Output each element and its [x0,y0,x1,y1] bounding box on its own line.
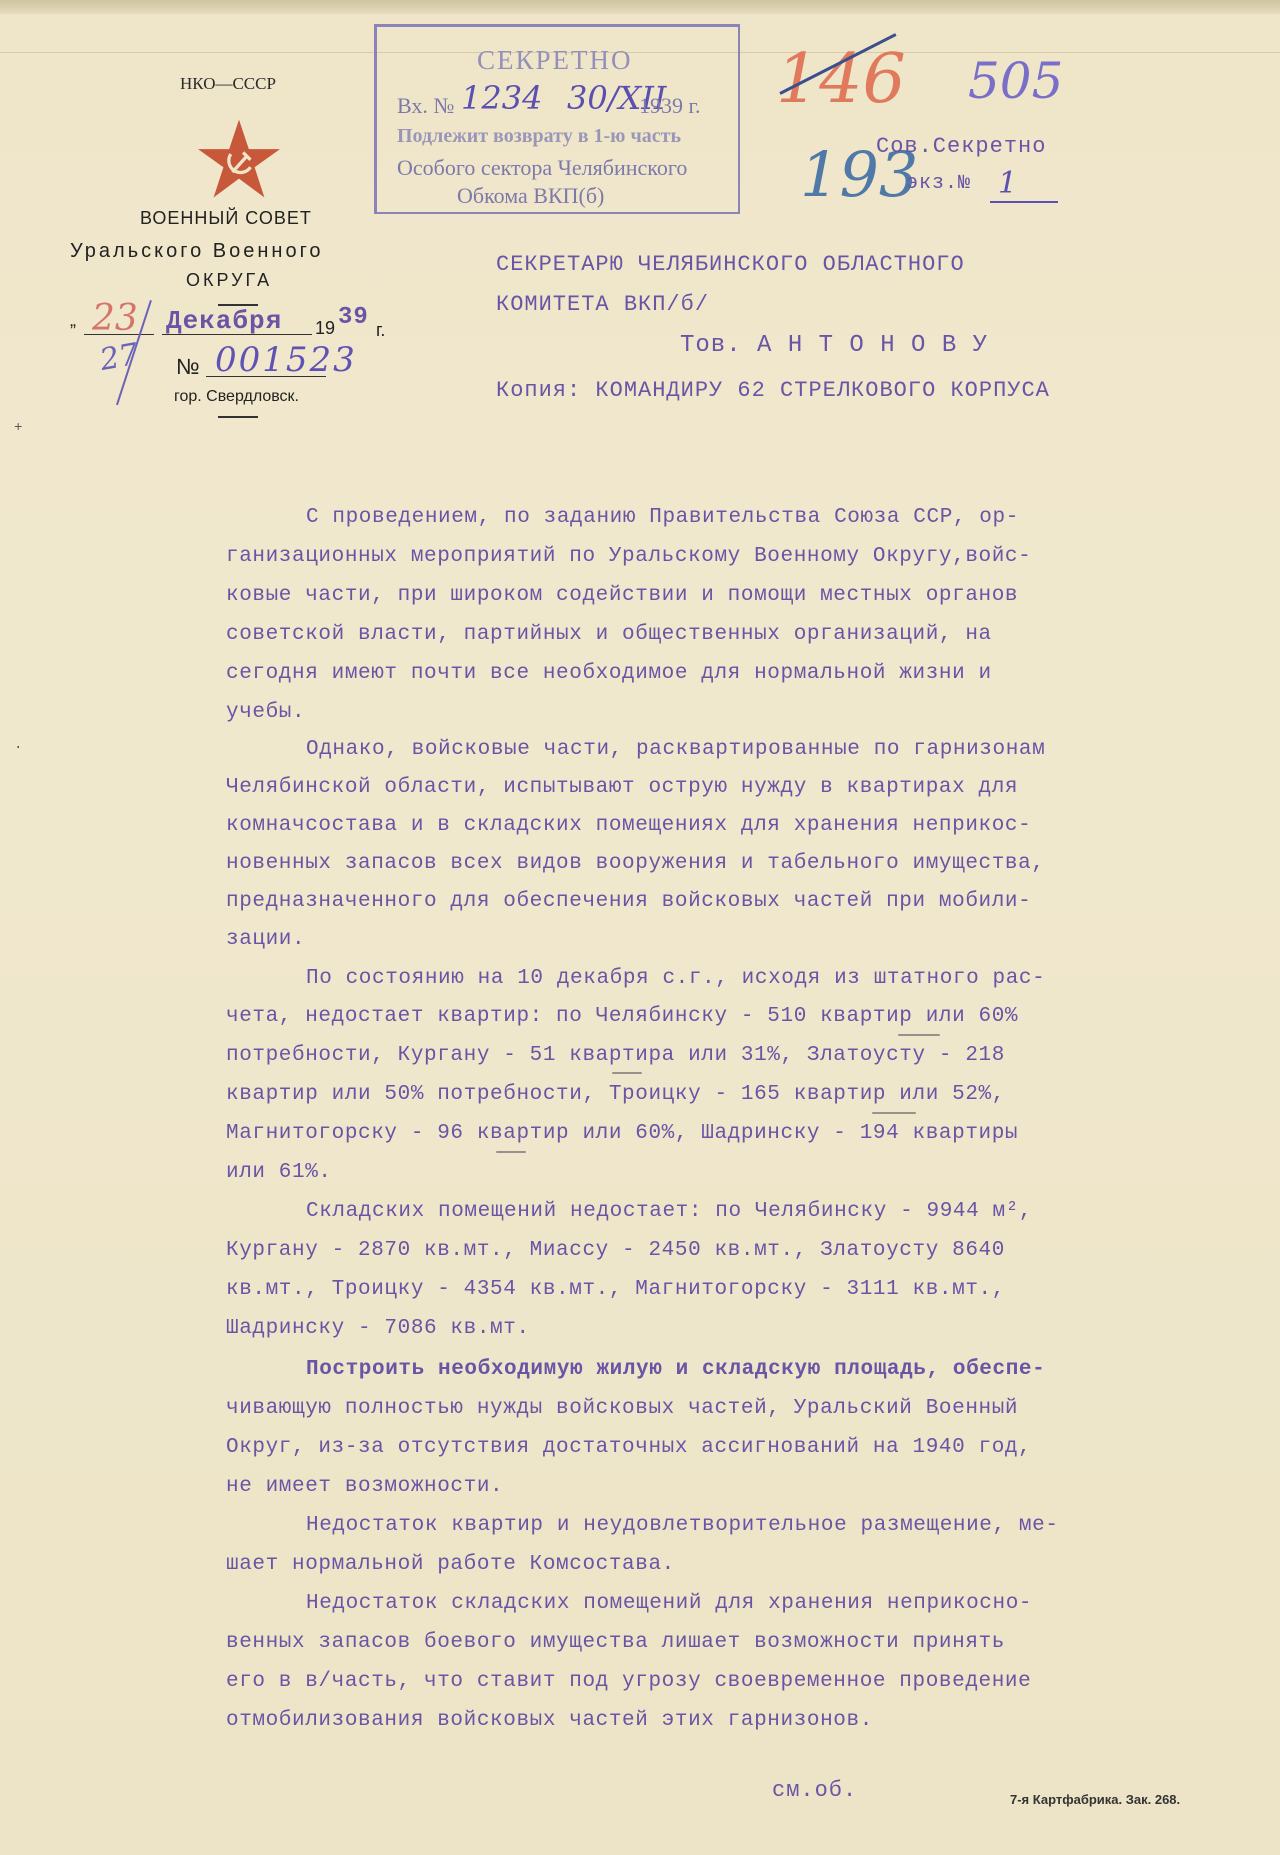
date-month: Декабря [166,306,282,336]
letterhead-district-line1: Уральского Военного [70,240,324,263]
binding-mark: + [14,420,22,436]
copy-number-label: экз.№ [906,172,971,195]
violet-ink-mark: 505 [968,52,1063,110]
page-top-edge [0,0,1280,14]
copy-number-line [990,201,1058,203]
addressee-copy: Копия: КОМАНДИРУ 62 СТРЕЛКОВОГО КОРПУСА [496,378,1050,403]
printer-imprint: 7-я Картфабрика. Зак. 268. [1010,1792,1180,1807]
stamp-incoming-label: Вх. № [397,93,454,119]
addressee-line2: КОМИТЕТА ВКП/б/ [496,292,709,317]
body-line: Шадринску - 7086 кв.мт. [226,1317,530,1340]
secret-registration-stamp: СЕКРЕТНО Вх. № 1234 30/XII 1939 г. Подле… [374,24,740,214]
pencil-underline [872,1112,916,1114]
stamp-sector: Особого сектора Челябинского [397,155,687,181]
stamp-committee: Обкома ВКП(б) [457,183,604,209]
body-line: учебы. [226,701,305,724]
date-open-quote: „ [70,310,76,331]
number-label: № [176,354,200,380]
body-line: новенных запасов всех видов вооружения и… [226,852,1045,875]
stamp-year: 1939 г. [639,93,701,119]
stamp-title: СЕКРЕТНО [477,45,633,76]
body-line: Кургану - 2870 кв.мт., Миассу - 2450 кв.… [226,1239,1005,1262]
body-line: шает нормальной работе Комсостава. [226,1553,675,1576]
outgoing-number-handwritten: 001523 [215,340,357,380]
body-line: его в в/часть, что ставит под угрозу сво… [226,1670,1031,1693]
body-line: Складских помещений недостает: по Челяби… [306,1200,1032,1223]
stamp-incoming-number: 1234 [461,79,542,117]
body-line: комначсостава и в складских помещениях д… [226,814,1031,837]
body-line: чета, недостает квартир: по Челябинску -… [226,1005,1018,1028]
letterhead-separator-bottom [218,416,258,418]
turn-over-note: см.об. [772,1778,857,1803]
body-line: или 61%. [226,1161,332,1184]
body-line: Однако, войсковые части, расквартированн… [306,738,1045,761]
body-line: не имеет возможности. [226,1475,503,1498]
body-line: венных запасов боевого имущества лишает … [226,1631,1005,1654]
margin-handwritten-number: 27 [97,337,141,378]
date-day-handwritten: 23 [92,298,138,339]
body-line: По состоянию на 10 декабря с.г., исходя … [306,967,1045,990]
body-line: С проведением, по заданию Правительства … [306,506,1019,529]
body-line: Округ, из-за отсутствия достаточных асси… [226,1436,1031,1459]
letterhead-date: „ 23 Декабря 19 39 г. [70,304,410,340]
date-month-line [162,334,312,335]
body-line: кв.мт., Троицку - 4354 кв.мт., Магнитого… [226,1278,1005,1301]
date-year-suffix: г. [376,320,385,341]
red-pencil-mark: 146 [776,40,906,119]
body-line: ковые части, при широком содействии и по… [226,584,1018,607]
body-line: Построить необходимую жилую и складскую … [306,1358,1045,1381]
body-line: Недостаток квартир и неудовлетворительно… [306,1514,1059,1537]
body-line: потребности, Кургану - 51 квартира или 3… [226,1044,1005,1067]
body-line: предназначенного для обеспечения войсков… [226,890,1031,913]
body-line: чивающую полностью нужды войсковых часте… [226,1397,1018,1420]
letterhead-council: ВОЕННЫЙ СОВЕТ [140,208,312,229]
pencil-underline [496,1151,526,1153]
addressee-name: Тов. А Н Т О Н О В У [680,332,988,359]
binding-mark: · [14,740,22,756]
body-line: квартир или 50% потребности, Троицку - 1… [226,1083,1005,1106]
pencil-underline [898,1034,940,1036]
copy-number-value: 1 [998,166,1017,201]
classification-label: Сов.Секретно [876,134,1046,159]
document-page: НКО—СССР ВОЕННЫЙ СОВЕТ Уральского Военно… [0,0,1280,1855]
body-line: Магнитогорску - 96 квартир или 60%, Шадр… [226,1122,1018,1145]
pencil-underline [612,1072,642,1074]
body-line: зации. [226,928,305,951]
date-year: 39 [338,304,369,331]
addressee-line1: СЕКРЕТАРЮ ЧЕЛЯБИНСКОГО ОБЛАСТНОГО [496,252,965,277]
body-line: отмобилизования войсковых частей этих га… [226,1709,873,1732]
letterhead-org: НКО—СССР [180,74,276,94]
body-line: сегодня имеют почти все необходимое для … [226,662,992,685]
letterhead-city: гор. Свердловск. [174,388,299,406]
body-line: Недостаток складских помещений для хране… [306,1592,1032,1615]
stamp-return-note: Подлежит возврату в 1-ю часть [397,125,681,148]
body-line: советской власти, партийных и общественн… [226,623,992,646]
date-year-prefix: 19 [315,318,335,339]
red-star-emblem-icon [198,118,280,200]
body-line: Челябинской области, испытывают острую н… [226,776,1018,799]
body-line: ганизационных мероприятий по Уральскому … [226,545,1031,568]
date-day-line [84,334,154,335]
letterhead-district-line2: ОКРУГА [186,270,272,291]
